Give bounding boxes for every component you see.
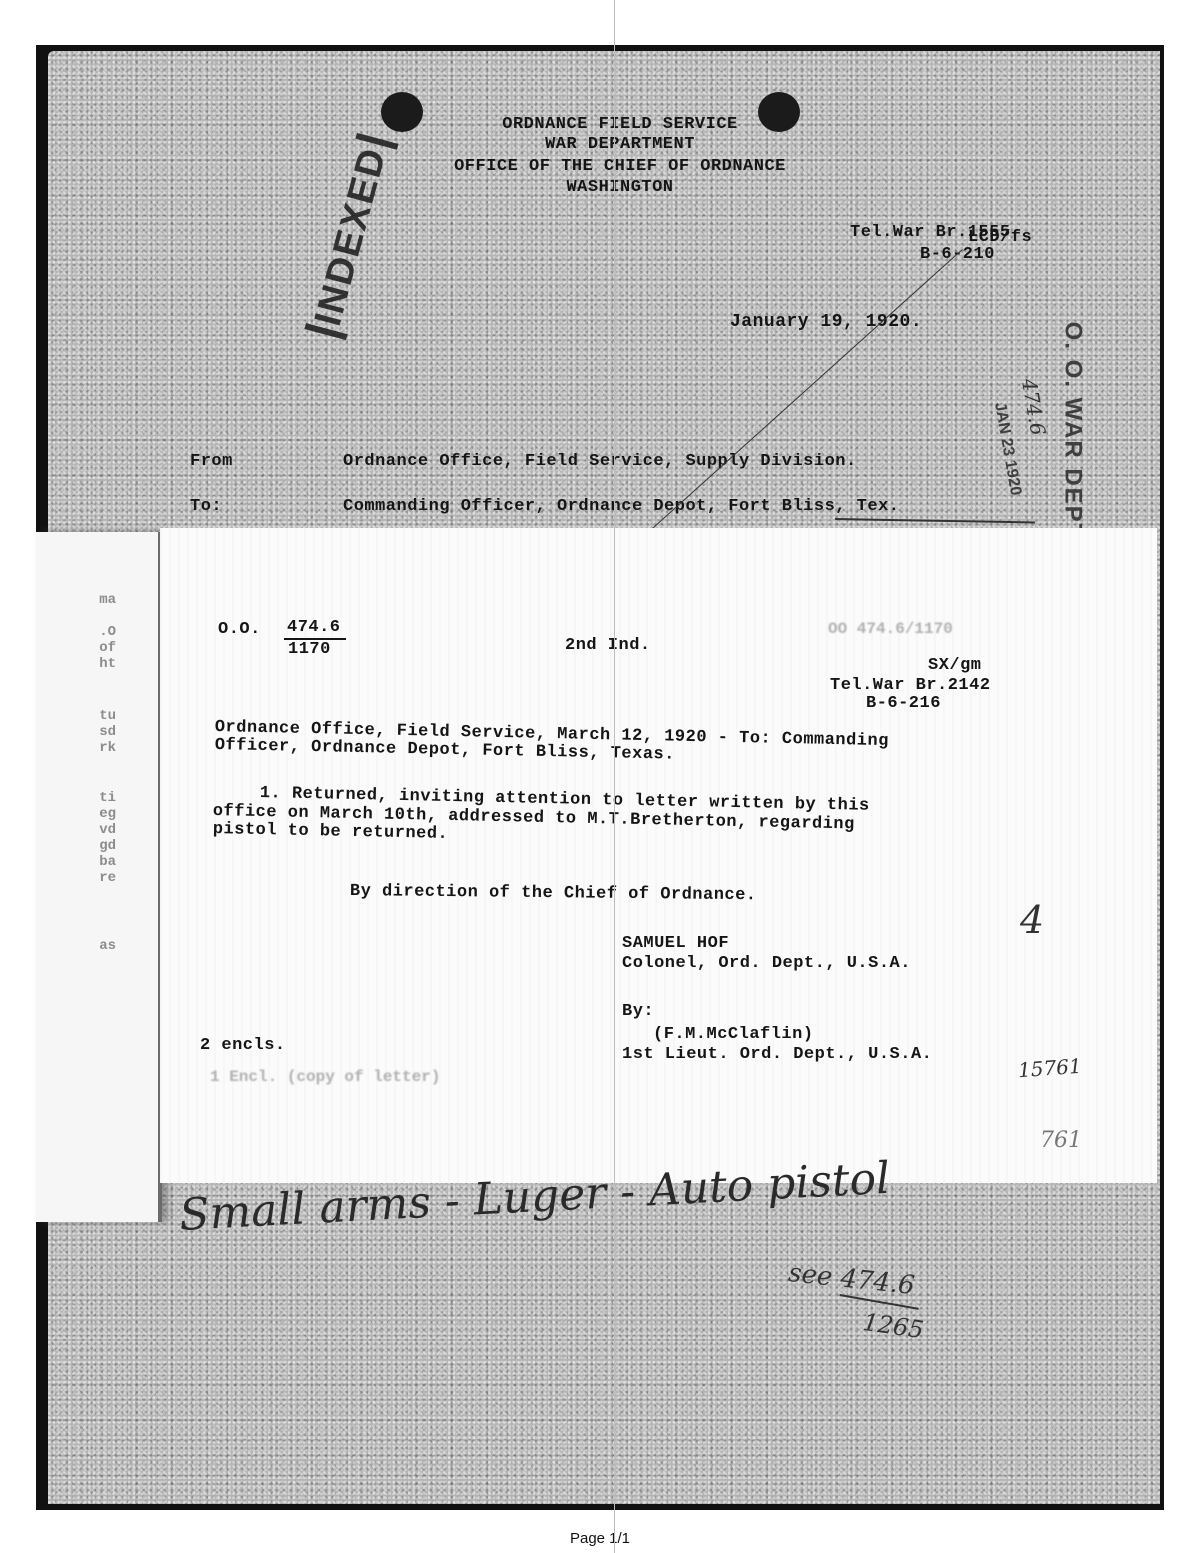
memo-tel: Tel.War Br.1555 (850, 223, 1011, 242)
strip-fragment: eg (36, 806, 116, 822)
strip-fragment: ma (36, 592, 116, 608)
to-label: To: (190, 497, 222, 516)
received-stamp: O. O. WAR DEPT. (1058, 322, 1086, 547)
indorsement-title: 2nd Ind. (565, 636, 651, 655)
memo-date: January 19, 1920. (730, 312, 922, 332)
from-label: From (190, 452, 233, 471)
file-ref-denominator: 1170 (288, 640, 331, 659)
handwritten-number: 761 (1040, 1128, 1082, 1153)
paragraph-line: pistol to be returned. (213, 820, 449, 844)
strip-fragment: gd (36, 838, 116, 854)
letterhead-line: OFFICE OF THE CHIEF OF ORDNANCE (380, 157, 860, 177)
strip-fragment: re (36, 870, 116, 886)
strip-fragment: ti (36, 790, 116, 806)
indorsement-initials: SX/gm (928, 656, 982, 675)
attached-strip: ma .O of ht tu sd rk ti eg vd gd ba re a… (36, 532, 162, 1222)
handwritten-number: 15761 (1017, 1054, 1082, 1082)
strip-fragment: rk (36, 740, 116, 756)
from-value: Ordnance Office, Field Service, Supply D… (343, 452, 857, 471)
strip-fragment: ba (36, 854, 116, 870)
indorsement-tel: Tel.War Br.2142 (830, 676, 991, 695)
enclosures: 2 encls. (200, 1036, 286, 1055)
by-name: (F.M.McClaflin) (653, 1025, 814, 1044)
by-title: 1st Lieut. Ord. Dept., U.S.A. (622, 1045, 932, 1064)
strip-fragment: .O (36, 624, 116, 640)
by-label: By: (622, 1002, 654, 1021)
indorsement-file-no: B-6-216 (866, 694, 941, 713)
strip-fragment: sd (36, 724, 116, 740)
file-ref-numerator: 474.6 (287, 618, 341, 637)
letterhead-line: WASHINGTON (380, 178, 860, 198)
signer-name: SAMUEL HOF (622, 934, 729, 953)
indorsement-slip: O.O. 474.6 1170 2nd Ind. OO 474.6/1170 S… (160, 528, 1157, 1183)
letterhead-line: WAR DEPARTMENT (380, 135, 860, 155)
page-indicator: Page 1/1 (0, 1530, 1200, 1547)
margin-number: 4 (1020, 898, 1044, 942)
strip-fragment: of (36, 640, 116, 656)
strip-fragment: ht (36, 656, 116, 672)
letterhead-line: ORDNANCE FIELD SERVICE (380, 115, 860, 135)
scanner-seam (614, 0, 615, 1553)
strip-fragment: as (36, 938, 116, 954)
strip-fragment: tu (36, 708, 116, 724)
ghost-enclosure-note: 1 Encl. (copy of letter) (210, 1068, 440, 1086)
strip-fragment: vd (36, 822, 116, 838)
file-ref-prefix: O.O. (218, 620, 261, 639)
direction-line: By direction of the Chief of Ordnance. (350, 882, 757, 905)
signer-title: Colonel, Ord. Dept., U.S.A. (622, 954, 911, 973)
to-value: Commanding Officer, Ordnance Depot, Fort… (343, 497, 900, 516)
ghost-reference: OO 474.6/1170 (828, 620, 953, 638)
